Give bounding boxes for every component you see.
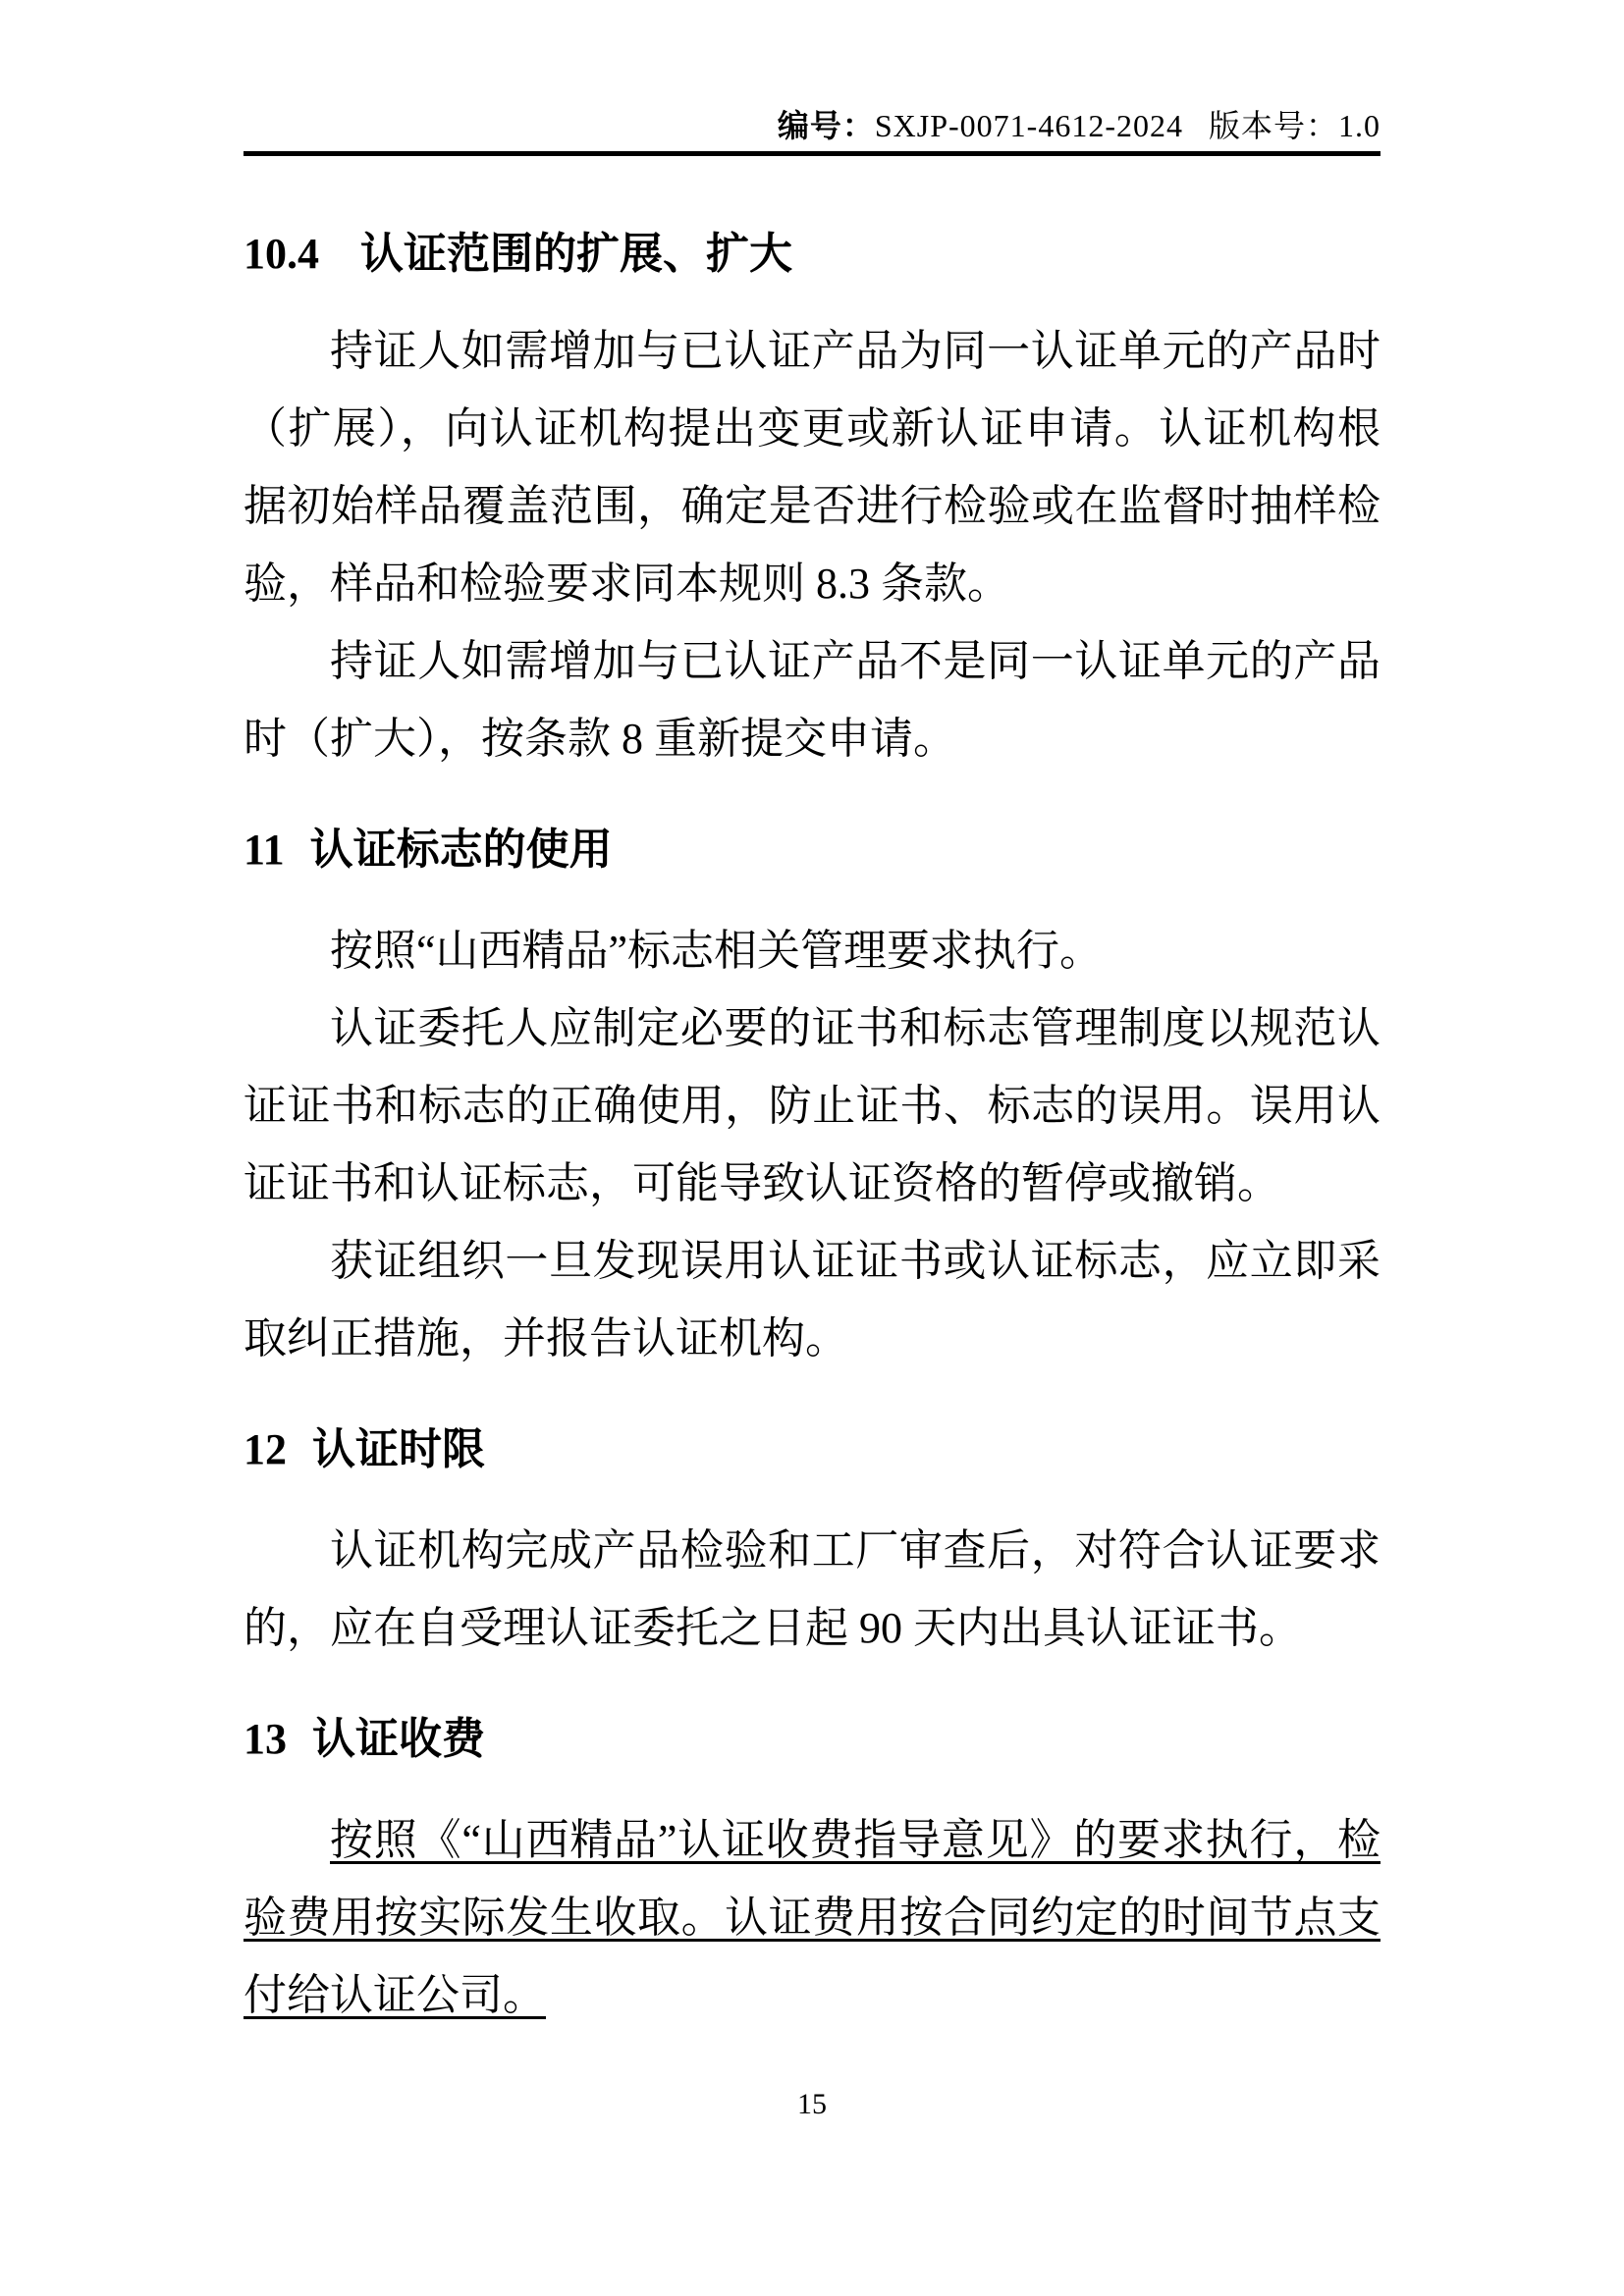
paragraph: 持证人如需增加与已认证产品为同一认证单元的产品时（扩展），向认证机构提出变更或新… [244,312,1380,622]
version-value: 1.0 [1338,108,1380,143]
document-body: 10.4认证范围的扩展、扩大持证人如需增加与已认证产品为同一认证单元的产品时（扩… [244,215,1380,2034]
document-page: 编号：SXJP-0071-4612-2024版本号：1.0 10.4认证范围的扩… [0,0,1624,2296]
paragraph: 持证人如需增加与已认证产品不是同一认证单元的产品时（扩大），按条款 8 重新提交… [244,622,1380,777]
page-number: 15 [0,2087,1624,2122]
paragraph-underlined: 按照《“山西精品”认证收费指导意见》的要求执行，检验费用按实际发生收取。认证费用… [244,1801,1380,2034]
heading-number: 11 [244,826,285,874]
document-header: 编号：SXJP-0071-4612-2024版本号：1.0 [244,0,1380,156]
heading-number: 13 [244,1715,287,1763]
doc-number-value: SXJP-0071-4612-2024 [875,108,1183,143]
version-label: 版本号： [1209,108,1338,143]
section-heading-13: 13认证收费 [244,1700,1380,1778]
heading-number: 12 [244,1425,287,1473]
heading-title: 认证时限 [312,1425,485,1473]
paragraph: 获证组织一旦发现误用认证证书或认证标志，应立即采取纠正措施，并报告认证机构。 [244,1222,1380,1377]
heading-title: 认证标志的使用 [310,826,613,874]
paragraph: 认证机构完成产品检验和工厂审查后，对符合认证要求的，应在自受理认证委托之日起 9… [244,1512,1380,1667]
document-content: 编号：SXJP-0071-4612-2024版本号：1.0 10.4认证范围的扩… [244,0,1380,2034]
section-heading-12: 12认证时限 [244,1411,1380,1488]
section-heading-11: 11认证标志的使用 [244,811,1380,888]
heading-title: 认证收费 [312,1715,485,1763]
paragraph: 认证委托人应制定必要的证书和标志管理制度以规范认证证书和标志的正确使用，防止证书… [244,989,1380,1222]
heading-title: 认证范围的扩展、扩大 [360,230,792,278]
paragraph: 按照“山西精品”标志相关管理要求执行。 [244,912,1380,989]
heading-number: 10.4 [244,230,319,278]
doc-number-label: 编号： [778,108,875,143]
section-heading-10-4: 10.4认证范围的扩展、扩大 [244,215,1380,293]
